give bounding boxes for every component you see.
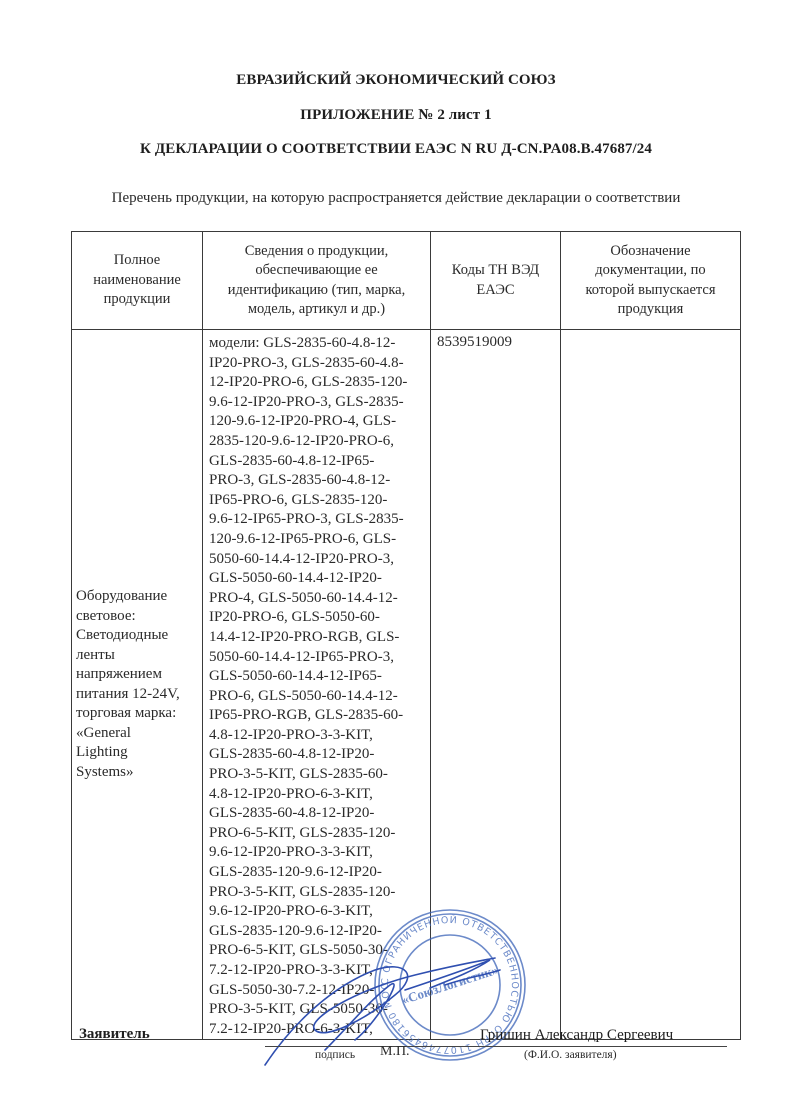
product-name-cell: Оборудование световое: Светодиодные лент… bbox=[72, 330, 203, 1040]
column-header-documentation: Обозначение документации, по которой вып… bbox=[561, 232, 741, 330]
column-header-label: Полное наименование продукции bbox=[72, 251, 202, 310]
seal-caption: М.П. bbox=[380, 1044, 410, 1060]
declaration-title: К ДЕКЛАРАЦИИ О СООТВЕТСТВИИ ЕАЭС N RU Д-… bbox=[0, 141, 792, 158]
document-subtitle: Перечень продукции, на которую распростр… bbox=[0, 190, 792, 207]
product-models-cell: модели: GLS-2835-60-4.8-12- IP20-PRO-3, … bbox=[203, 330, 431, 1040]
product-table: Полное наименование продукции Сведения о… bbox=[71, 231, 741, 1040]
applicant-name: Гришин Александр Сергеевич bbox=[480, 1027, 673, 1044]
signature-line bbox=[265, 1046, 727, 1047]
union-title: ЕВРАЗИЙСКИЙ ЭКОНОМИЧЕСКИЙ СОЮЗ bbox=[0, 72, 792, 89]
table-header-row: Полное наименование продукции Сведения о… bbox=[72, 232, 741, 330]
appendix-title: ПРИЛОЖЕНИЕ № 2 лист 1 bbox=[0, 107, 792, 124]
applicant-label: Заявитель bbox=[79, 1026, 150, 1043]
column-header-label: Сведения о продукции, обеспечивающие ее … bbox=[203, 242, 430, 320]
column-header-label: Коды ТН ВЭД ЕАЭС bbox=[431, 261, 560, 300]
applicant-caption: (Ф.И.О. заявителя) bbox=[524, 1049, 617, 1061]
product-models: модели: GLS-2835-60-4.8-12- IP20-PRO-3, … bbox=[209, 334, 426, 1039]
signature-caption: подпись bbox=[315, 1049, 355, 1061]
hs-code: 8539519009 bbox=[437, 334, 512, 350]
column-header-product-info: Сведения о продукции, обеспечивающие ее … bbox=[203, 232, 431, 330]
documentation-cell bbox=[561, 330, 741, 1040]
hs-code-cell: 8539519009 bbox=[431, 330, 561, 1040]
table-row: Оборудование световое: Светодиодные лент… bbox=[72, 330, 741, 1040]
column-header-hs-codes: Коды ТН ВЭД ЕАЭС bbox=[431, 232, 561, 330]
product-name: Оборудование световое: Светодиодные лент… bbox=[76, 587, 198, 782]
column-header-product-name: Полное наименование продукции bbox=[72, 232, 203, 330]
column-header-label: Обозначение документации, по которой вып… bbox=[561, 242, 740, 320]
